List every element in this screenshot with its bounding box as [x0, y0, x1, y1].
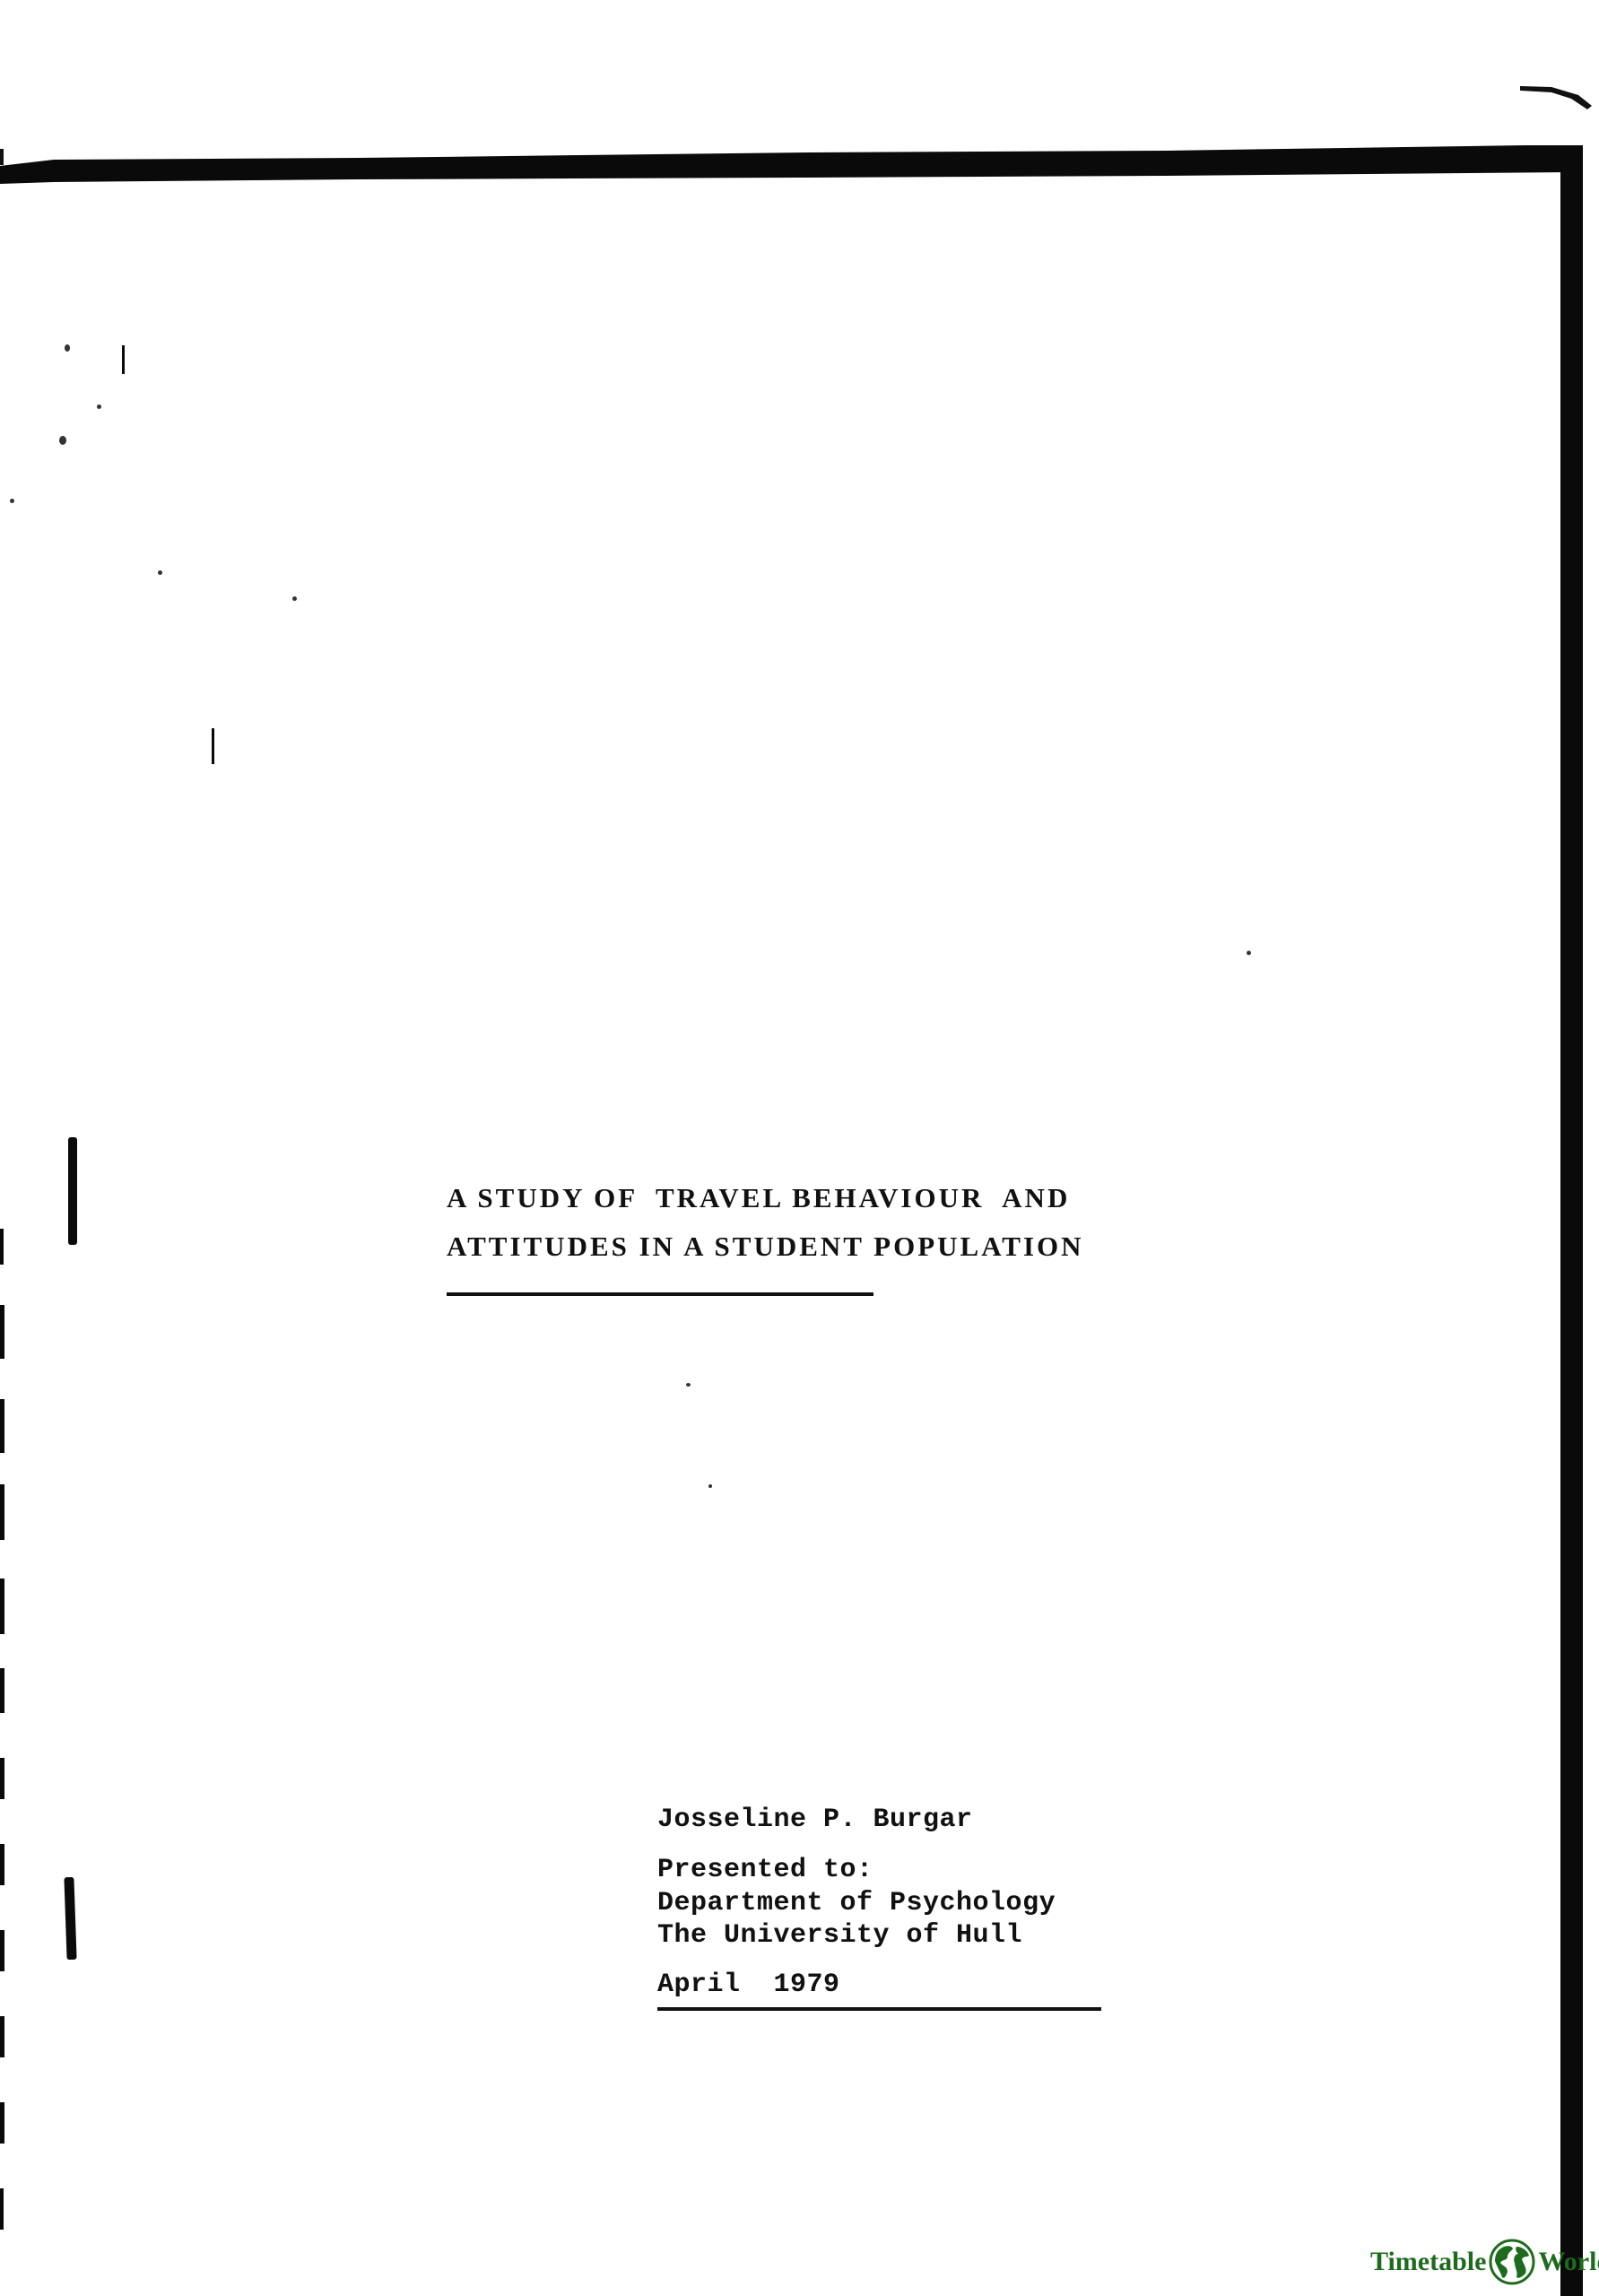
left-edge-mark [0, 2102, 4, 2144]
title-line-1: A STUDY OF TRAVEL BEHAVIOUR AND [447, 1182, 1070, 1214]
speck-mark [122, 345, 125, 374]
speck [65, 344, 70, 352]
author-name: Josseline P. Burgar [657, 1805, 973, 1835]
watermark-text-right: World [1538, 2247, 1599, 2277]
scanned-title-page: A STUDY OF TRAVEL BEHAVIOUR AND ATTITUDE… [0, 0, 1599, 2296]
timetable-world-watermark: Timetable World [1370, 2239, 1599, 2285]
speck [158, 570, 162, 575]
left-edge-mark [0, 1229, 4, 1265]
speck [97, 404, 101, 409]
speck [59, 436, 66, 445]
presented-to-label: Presented to: [657, 1855, 873, 1885]
left-edge-mark [0, 1668, 4, 1713]
left-edge-mark [0, 1578, 4, 1634]
left-binding-mark [68, 1137, 77, 1245]
title-underline [447, 1292, 873, 1296]
left-edge-mark [0, 2188, 4, 2230]
speck [292, 596, 297, 601]
left-edge-mark [0, 1758, 4, 1799]
speck [1247, 951, 1251, 955]
institution-name: The University of Hull [657, 1920, 1022, 1951]
date-underline [657, 2007, 1101, 2011]
submission-date: April 1979 [657, 1970, 840, 2000]
speck [10, 499, 14, 503]
speck-mark [212, 728, 214, 764]
speck [686, 1383, 691, 1387]
globe-icon [1488, 2238, 1536, 2286]
left-edge-mark [0, 1305, 4, 1359]
left-edge-mark [0, 2016, 4, 2057]
left-edge-mark [0, 1399, 4, 1453]
left-edge-mark [0, 1484, 4, 1540]
speck [708, 1484, 712, 1488]
left-edge-mark [0, 1930, 4, 1971]
title-line-2: ATTITUDES IN A STUDENT POPULATION [447, 1231, 1084, 1263]
left-edge-mark [0, 1844, 4, 1885]
watermark-text-left: Timetable [1370, 2247, 1486, 2277]
top-border-scan-artifact [0, 0, 1599, 2296]
department-name: Department of Psychology [657, 1888, 1056, 1918]
